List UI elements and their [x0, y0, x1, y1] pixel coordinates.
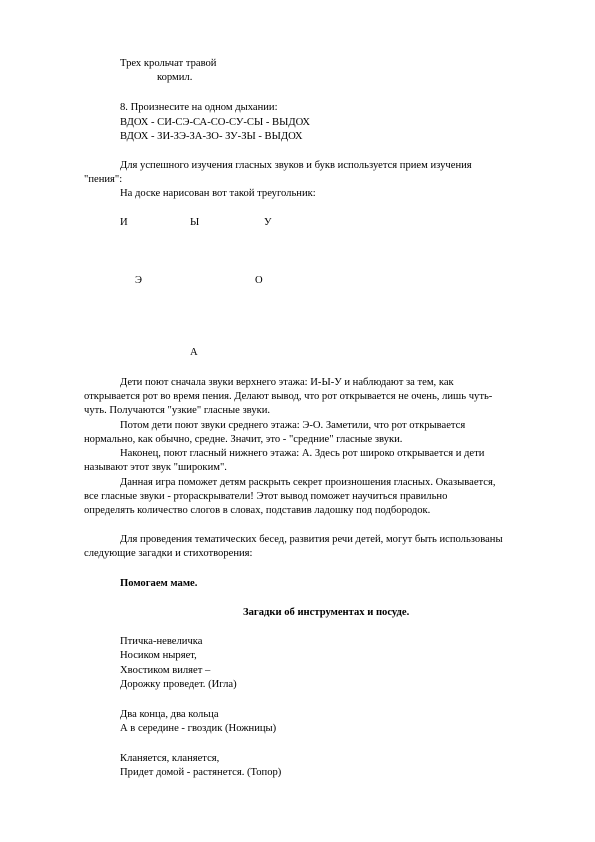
paragraph-line: "пения": — [84, 173, 122, 187]
vowel-a: А — [190, 346, 198, 360]
poem-line: Трех крольчат травой — [120, 57, 216, 71]
paragraph-line: Для проведения тематических бесед, разви… — [120, 533, 503, 547]
vowel-o: О — [255, 274, 263, 288]
riddle-line: Птичка-невеличка — [120, 635, 202, 649]
vowel-u: У — [264, 216, 272, 230]
exercise-title: 8. Произнесите на одном дыхании: — [120, 101, 278, 115]
paragraph-line: Наконец, поют гласный нижнего этажа: А. … — [120, 447, 484, 461]
riddle-line: Дорожку проведет. (Игла) — [120, 678, 237, 692]
riddle-line: А в середине - гвоздик (Ножницы) — [120, 722, 276, 736]
exercise-line: ВДОХ - ЗИ-ЗЭ-ЗА-ЗО- ЗУ-ЗЫ - ВЫДОХ — [120, 130, 303, 144]
paragraph-line: следующие загадки и стихотворения: — [84, 547, 253, 561]
riddle-line: Носиком ныряет, — [120, 649, 197, 663]
section-heading: Помогаем маме. — [120, 577, 197, 591]
vowel-i: И — [120, 216, 128, 230]
riddles-heading: Загадки об инструментах и посуде. — [243, 606, 409, 620]
paragraph-line: все гласные звуки - рторaскрыватели! Это… — [84, 490, 447, 504]
paragraph-line: называют этот звук "широким". — [84, 461, 227, 475]
paragraph-line: чуть. Получаются "узкие" гласные звуки. — [84, 404, 270, 418]
paragraph-line: определять количество слогов в словах, п… — [84, 504, 430, 518]
paragraph-line: нормально, как обычно, средне. Значит, э… — [84, 433, 402, 447]
riddle-line: Кланяется, кланяется, — [120, 752, 219, 766]
paragraph-line: Дети поют сначала звуки верхнего этажа: … — [120, 376, 454, 390]
paragraph-line: Для успешного изучения гласных звуков и … — [120, 159, 472, 173]
riddle-line: Придет домой - растянется. (Топор) — [120, 766, 281, 780]
poem-line: кормил. — [157, 71, 192, 85]
paragraph-line: На доске нарисован вот такой треугольник… — [120, 187, 316, 201]
paragraph-line: Потом дети поют звуки среднего этажа: Э-… — [120, 419, 465, 433]
paragraph-line: открывается рот во время пения. Делают в… — [84, 390, 492, 404]
riddle-line: Два конца, два кольца — [120, 708, 219, 722]
exercise-line: ВДОХ - СИ-СЭ-СА-СО-СУ-СЫ - ВЫДОХ — [120, 116, 310, 130]
vowel-e: Э — [135, 274, 142, 288]
vowel-y: Ы — [190, 216, 199, 230]
riddle-line: Хвостиком виляет – — [120, 664, 210, 678]
paragraph-line: Данная игра поможет детям раскрыть секре… — [120, 476, 496, 490]
